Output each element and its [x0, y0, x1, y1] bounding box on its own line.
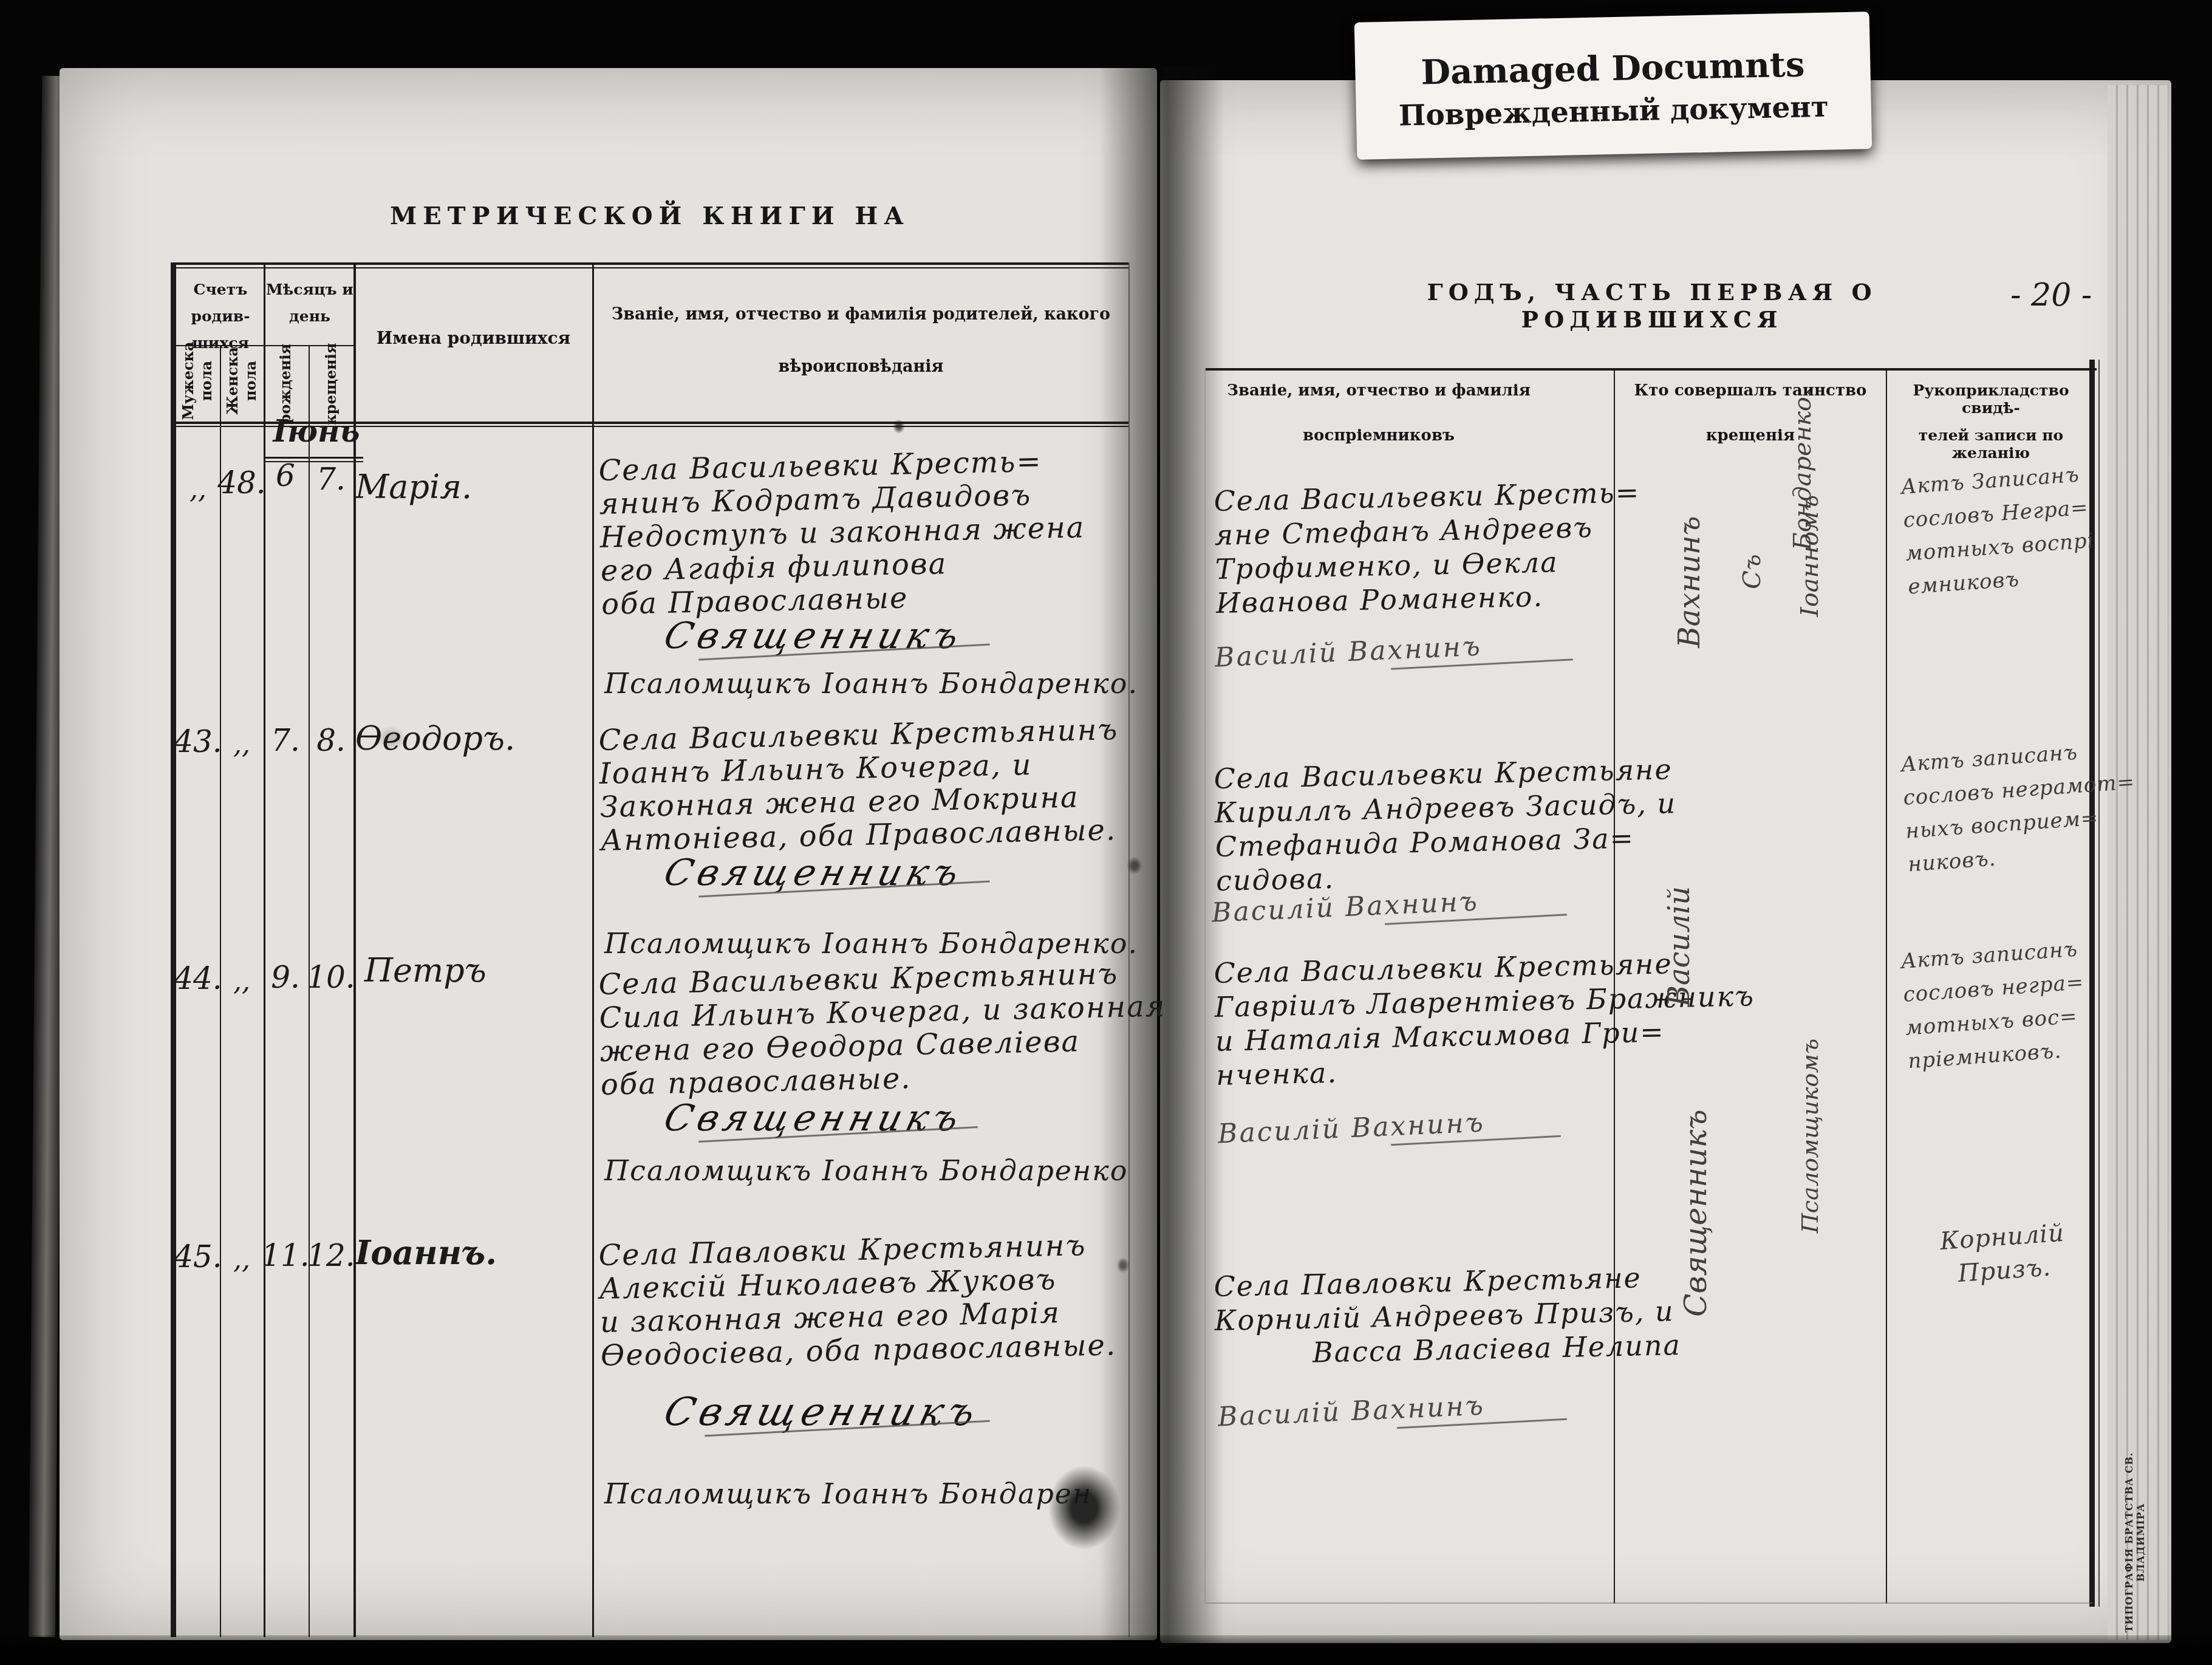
g4-attestation-block: Корнилій Призъ. [1913, 1215, 2094, 1294]
left-page-title: МЕТРИЧЕСКОЙ КНИГИ НА [377, 202, 923, 230]
r3-clerk-line: Псаломщикъ Іоаннъ Бондаренко [604, 1154, 1128, 1187]
col-header-parents-line2: вѣроисповѣданія [598, 357, 1124, 376]
col-header-officiant-line2: крещенія [1617, 426, 1884, 445]
month-group-line2: день [265, 303, 355, 330]
col-header-male: Мужеска пола [179, 335, 216, 426]
r4-parents-block: Села Павловки Крестьянинъ Алексій Никола… [598, 1228, 1117, 1373]
paper-speck [893, 419, 905, 434]
col-header-witnesses-line1: Рукоприкладство свидѣ- [1888, 381, 2094, 417]
male-label-line2: пола [197, 335, 216, 426]
officiant-script-vasiliy: Василій [1662, 867, 1696, 1025]
r4-baptized-day: 12. [301, 1238, 361, 1273]
female-label-line2: пола [242, 335, 260, 426]
r2-priest-flourish: Священникъ [660, 852, 968, 894]
r4-priest-flourish: Священникъ [660, 1390, 985, 1435]
r3-child-name: Петръ [364, 951, 486, 990]
paper-speck [1127, 856, 1142, 875]
r1-baptized-day: 7. [301, 462, 361, 497]
col-header-parents-line1: Званіе, имя, отчество и фамилія родителе… [598, 305, 1124, 324]
r4-clerk-line: Псаломщикъ Іоаннъ Бондарен [604, 1477, 1092, 1510]
r2-parents-block: Села Васильевки Крестьянинъ Іоаннъ Ильин… [598, 713, 1121, 858]
right-table-border-right2 [2098, 360, 2100, 1607]
paper-stain [377, 726, 406, 750]
photo-bottom-shadow [0, 1635, 2212, 1665]
officiant-script-ioannom: Іоанномъ [1796, 483, 1824, 629]
g1-godparents-block: Села Васильевки Кресть= яне Стефанъ Андр… [1214, 475, 1642, 620]
page-number: - 20 - [2010, 277, 2092, 313]
col-header-female: Женска пола [224, 335, 260, 426]
right-page-title: ГОДЪ, ЧАСТЬ ПЕРВАЯ О РОДИВШИХСЯ [1300, 278, 2004, 333]
col-header-godparents-line2: воспріемниковъ [1209, 426, 1549, 445]
r2-baptized-day: 8. [301, 723, 361, 758]
g4-godparents-block: Села Павловки Крестьяне Корнилій Андреев… [1214, 1260, 1681, 1372]
r1-priest-flourish: Священникъ [660, 615, 968, 657]
col-header-names: Имена родившихся [360, 328, 587, 348]
g1-attestation-block: Актъ Записанъ сословъ Негра= мотныхъ вос… [1900, 457, 2098, 604]
col-header-officiant-line1: Кто совершалъ таинство [1617, 381, 1884, 400]
col-header-witnesses-line2: телей записи по желанію [1888, 426, 2094, 462]
right-table-border-left [1204, 368, 1206, 1604]
right-table-top-rule [1206, 368, 2097, 371]
left-table-top-rule2 [175, 267, 1130, 268]
officiant-script-priest: Священникъ [1678, 1049, 1713, 1377]
left-table-top-rule [175, 262, 1130, 265]
r1-parents-block: Села Васильевки Кресть= янинъ Кодратъ Да… [598, 444, 1087, 621]
ink-blot [1048, 1465, 1121, 1550]
r1-child-name: Марія. [355, 468, 472, 506]
female-label-line1: Женска [224, 335, 242, 426]
damaged-label-en: Damaged Documnts [1355, 43, 1871, 94]
g2-godparents-block: Села Васильевки Крестьяне Кириллъ Андрее… [1214, 752, 1678, 898]
damaged-documents-card: Damaged Documnts Поврежденный документ [1354, 12, 1872, 160]
officiant-script-s: Съ [1738, 550, 1766, 593]
r1-clerk-line: Псаломщикъ Іоаннъ Бондаренко. [604, 667, 1138, 700]
r4-child-name: Іоаннъ. [355, 1233, 497, 1272]
r3-baptized-day: 10. [301, 960, 361, 995]
male-label-line1: Мужеска [179, 335, 197, 426]
left-col-line-5 [592, 262, 594, 1637]
col-header-godparents-line1: Званіе, имя, отчество и фамилія [1209, 381, 1549, 400]
g3-attestation-block: Актъ записанъ сословъ негра= мотныхъ вос… [1900, 932, 2090, 1078]
month-heading: Іюнь [265, 413, 368, 449]
right-table-bottom-rule [1206, 1602, 2092, 1604]
r2-clerk-line: Псаломщикъ Іоаннъ Бондаренко. [604, 927, 1138, 960]
scanned-book-photo: Damaged Documnts Поврежденный документ М… [0, 0, 2212, 1665]
col-header-month-group: Мѣсяцъ и день [265, 276, 355, 330]
r3-parents-block: Села Васильевки Крестьянинъ Сила Ильинъ … [598, 956, 1167, 1101]
g2-attestation-block: Актъ записанъ сословъ неграмот= ныхъ вос… [1900, 732, 2140, 881]
count-group-line1: Счетъ родив- [176, 276, 265, 330]
right-col-line-b [1886, 368, 1887, 1604]
month-group-line1: Мѣсяцъ и [265, 276, 355, 303]
paper-speck [1116, 1257, 1130, 1273]
printer-imprint: ТИПОГРАФІЯ БРАТСТВА СВ. ВЛАДИМІРА [2123, 1442, 2146, 1643]
officiant-script-vakhnin: Вахнинъ [1673, 485, 1707, 679]
r3-priest-flourish: Священникъ [660, 1097, 968, 1140]
damaged-label-ru: Поврежденный документ [1356, 89, 1871, 134]
officiant-script-psalomshchik: Псаломщикомъ [1797, 1014, 1823, 1257]
left-table-border-left [171, 262, 176, 1637]
